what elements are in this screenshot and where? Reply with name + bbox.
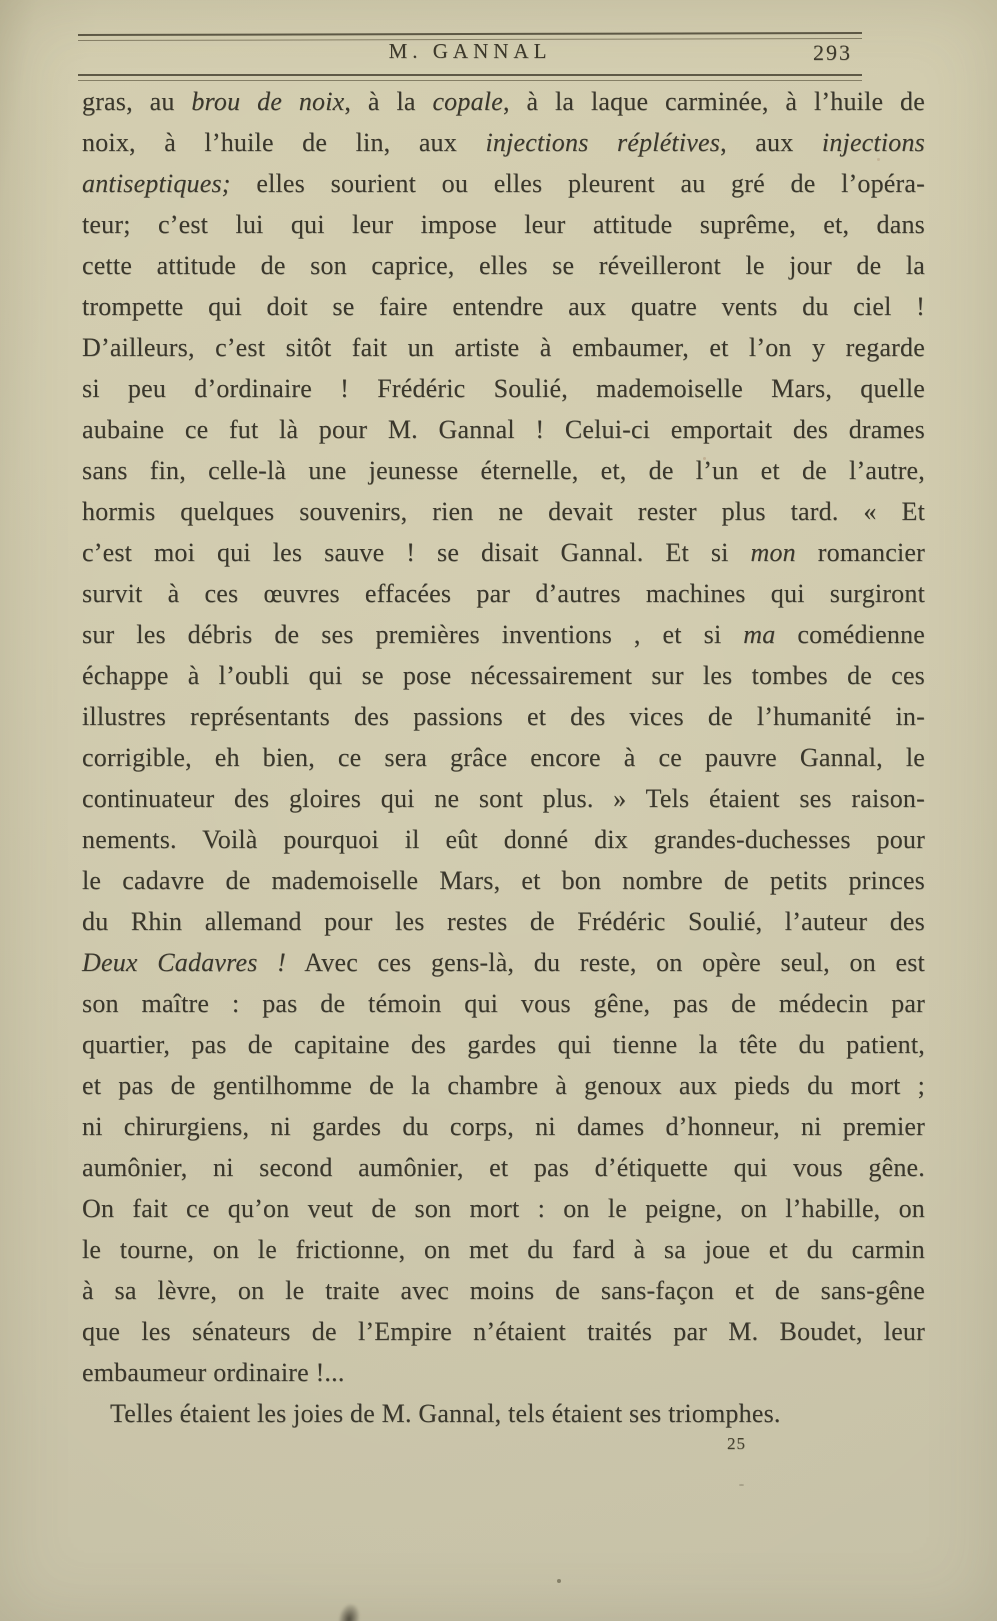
body-text: gras, au brou de noix, à la copale, à la… (82, 81, 925, 1434)
text-line: son maître : pas de témoin qui vous gêne… (82, 983, 925, 1024)
text-segment: échappe à l’oubli qui se pose nécessaire… (82, 661, 925, 690)
text-line: ni chirurgiens, ni gardes du corps, ni d… (82, 1106, 925, 1147)
text-segment: du Rhin allemand pour les restes de Fréd… (82, 907, 925, 936)
page-number: 293 (813, 40, 852, 66)
text-segment: , à la laque carminée, à l’huile de (503, 87, 925, 116)
text-segment: Telles étaient les joies de M. Gannal, t… (110, 1399, 781, 1428)
text-segment: On fait ce qu’on veut de son mort : on l… (82, 1194, 925, 1223)
text-segment: , aux (720, 128, 822, 157)
text-segment: brou de noix (191, 87, 344, 116)
text-segment: mon (750, 538, 795, 567)
text-line: c’est moi qui les sauve ! se disait Gann… (82, 532, 925, 573)
text-line: On fait ce qu’on veut de son mort : on l… (82, 1188, 925, 1229)
page-header: M. GANNAL 293 (78, 39, 862, 69)
text-segment: quartier, pas de capitaine des gardes qu… (82, 1030, 925, 1059)
text-line: aubaine ce fut là pour M. Gannal ! Celui… (82, 409, 925, 450)
text-line: si peu d’ordinaire ! Frédéric Soulié, ma… (82, 368, 925, 409)
text-segment: que les sénateurs de l’Empire n’étaient … (82, 1317, 925, 1346)
text-segment: antiseptiques; (82, 169, 231, 198)
text-segment: son maître : pas de témoin qui vous gêne… (82, 989, 925, 1018)
text-line: hormis quelques souvenirs, rien ne devai… (82, 491, 925, 532)
text-segment: ma (743, 620, 775, 649)
text-line: gras, au brou de noix, à la copale, à la… (82, 81, 925, 122)
text-line: nements. Voilà pourquoi il eût donné dix… (82, 819, 925, 860)
text-line: noix, à l’huile de lin, aux injections r… (82, 122, 925, 163)
text-line: teur; c’est lui qui leur impose leur att… (82, 204, 925, 245)
text-line: et pas de gentilhomme de la chambre à ge… (82, 1065, 925, 1106)
paper-speck (739, 1484, 744, 1486)
text-segment: et pas de gentilhomme de la chambre à ge… (82, 1071, 925, 1100)
running-head: M. GANNAL (78, 39, 862, 64)
text-line: survit à ces œuvres effacées par d’autre… (82, 573, 925, 614)
text-segment: trompette qui doit se faire entendre aux… (82, 292, 925, 321)
text-segment: continuateur des gloires qui ne sont plu… (82, 784, 925, 813)
text-segment: teur; c’est lui qui leur impose leur att… (82, 210, 925, 239)
text-line: embaumeur ordinaire !... (82, 1352, 925, 1393)
text-segment: à sa lèvre, on le traite avec moins de s… (82, 1276, 925, 1305)
paper-speck (557, 1579, 561, 1583)
text-segment: comédienne (775, 620, 925, 649)
text-segment: ni chirurgiens, ni gardes du corps, ni d… (82, 1112, 925, 1141)
text-segment: copale (432, 87, 503, 116)
paper-speck (703, 457, 706, 460)
text-segment: embaumeur ordinaire !... (82, 1358, 345, 1387)
ink-smudge (338, 1602, 362, 1621)
book-page: M. GANNAL 293 gras, au brou de noix, à l… (0, 0, 997, 1621)
text-segment: hormis quelques souvenirs, rien ne devai… (82, 497, 925, 526)
text-segment: cette attitude de son caprice, elles se … (82, 251, 925, 280)
text-segment: illustres représentants des passions et … (82, 702, 925, 731)
text-line: du Rhin allemand pour les restes de Fréd… (82, 901, 925, 942)
text-line: illustres représentants des passions et … (82, 696, 925, 737)
text-segment: aubaine ce fut là pour M. Gannal ! Celui… (82, 415, 925, 444)
text-line: aumônier, ni second aumônier, et pas d’é… (82, 1147, 925, 1188)
text-line: D’ailleurs, c’est sitôt fait un artiste … (82, 327, 925, 368)
text-segment: D’ailleurs, c’est sitôt fait un artiste … (82, 333, 925, 362)
text-line: sans fin, celle-là une jeunesse éternell… (82, 450, 925, 491)
text-segment: si peu d’ordinaire ! Frédéric Soulié, ma… (82, 374, 925, 403)
text-segment: sur les débris de ses premières inventio… (82, 620, 743, 649)
text-segment: corrigible, eh bien, ce sera grâce encor… (82, 743, 925, 772)
text-line: Deux Cadavres ! Avec ces gens-là, du res… (82, 942, 925, 983)
text-segment: romancier (796, 538, 925, 567)
text-line: quartier, pas de capitaine des gardes qu… (82, 1024, 925, 1065)
text-line: échappe à l’oubli qui se pose nécessaire… (82, 655, 925, 696)
text-line: cette attitude de son caprice, elles se … (82, 245, 925, 286)
text-segment: sans fin, celle-là une jeunesse éternell… (82, 456, 925, 485)
text-segment: Deux Cadavres ! (82, 948, 286, 977)
text-line: sur les débris de ses premières inventio… (82, 614, 925, 655)
text-line: antiseptiques; elles sourient ou elles p… (82, 163, 925, 204)
text-segment: Avec ces gens-là, du reste, on opère seu… (286, 948, 925, 977)
text-line: corrigible, eh bien, ce sera grâce encor… (82, 737, 925, 778)
text-line: trompette qui doit se faire entendre aux… (82, 286, 925, 327)
text-segment: le cadavre de mademoiselle Mars, et bon … (82, 866, 925, 895)
text-segment: le tourne, on le frictionne, on met du f… (82, 1235, 925, 1264)
text-line: que les sénateurs de l’Empire n’étaient … (82, 1311, 925, 1352)
signature-mark: 25 (727, 1434, 746, 1454)
text-segment: injections (822, 128, 925, 157)
text-segment: aumônier, ni second aumônier, et pas d’é… (82, 1153, 925, 1182)
text-segment: elles sourient ou elles pleurent au gré … (231, 169, 925, 198)
text-line: Telles étaient les joies de M. Gannal, t… (82, 1393, 925, 1434)
text-segment: c’est moi qui les sauve ! se disait Gann… (82, 538, 750, 567)
text-line: le cadavre de mademoiselle Mars, et bon … (82, 860, 925, 901)
text-segment: , à la (344, 87, 432, 116)
text-segment: survit à ces œuvres effacées par d’autre… (82, 579, 925, 608)
text-segment: nements. Voilà pourquoi il eût donné dix… (82, 825, 925, 854)
text-segment: gras, au (82, 87, 191, 116)
text-segment: injections réplétives (485, 128, 720, 157)
text-segment: noix, à l’huile de lin, aux (82, 128, 485, 157)
header-rule-bottom (78, 74, 862, 81)
text-line: continuateur des gloires qui ne sont plu… (82, 778, 925, 819)
text-line: à sa lèvre, on le traite avec moins de s… (82, 1270, 925, 1311)
paper-speck (877, 158, 880, 161)
text-line: le tourne, on le frictionne, on met du f… (82, 1229, 925, 1270)
